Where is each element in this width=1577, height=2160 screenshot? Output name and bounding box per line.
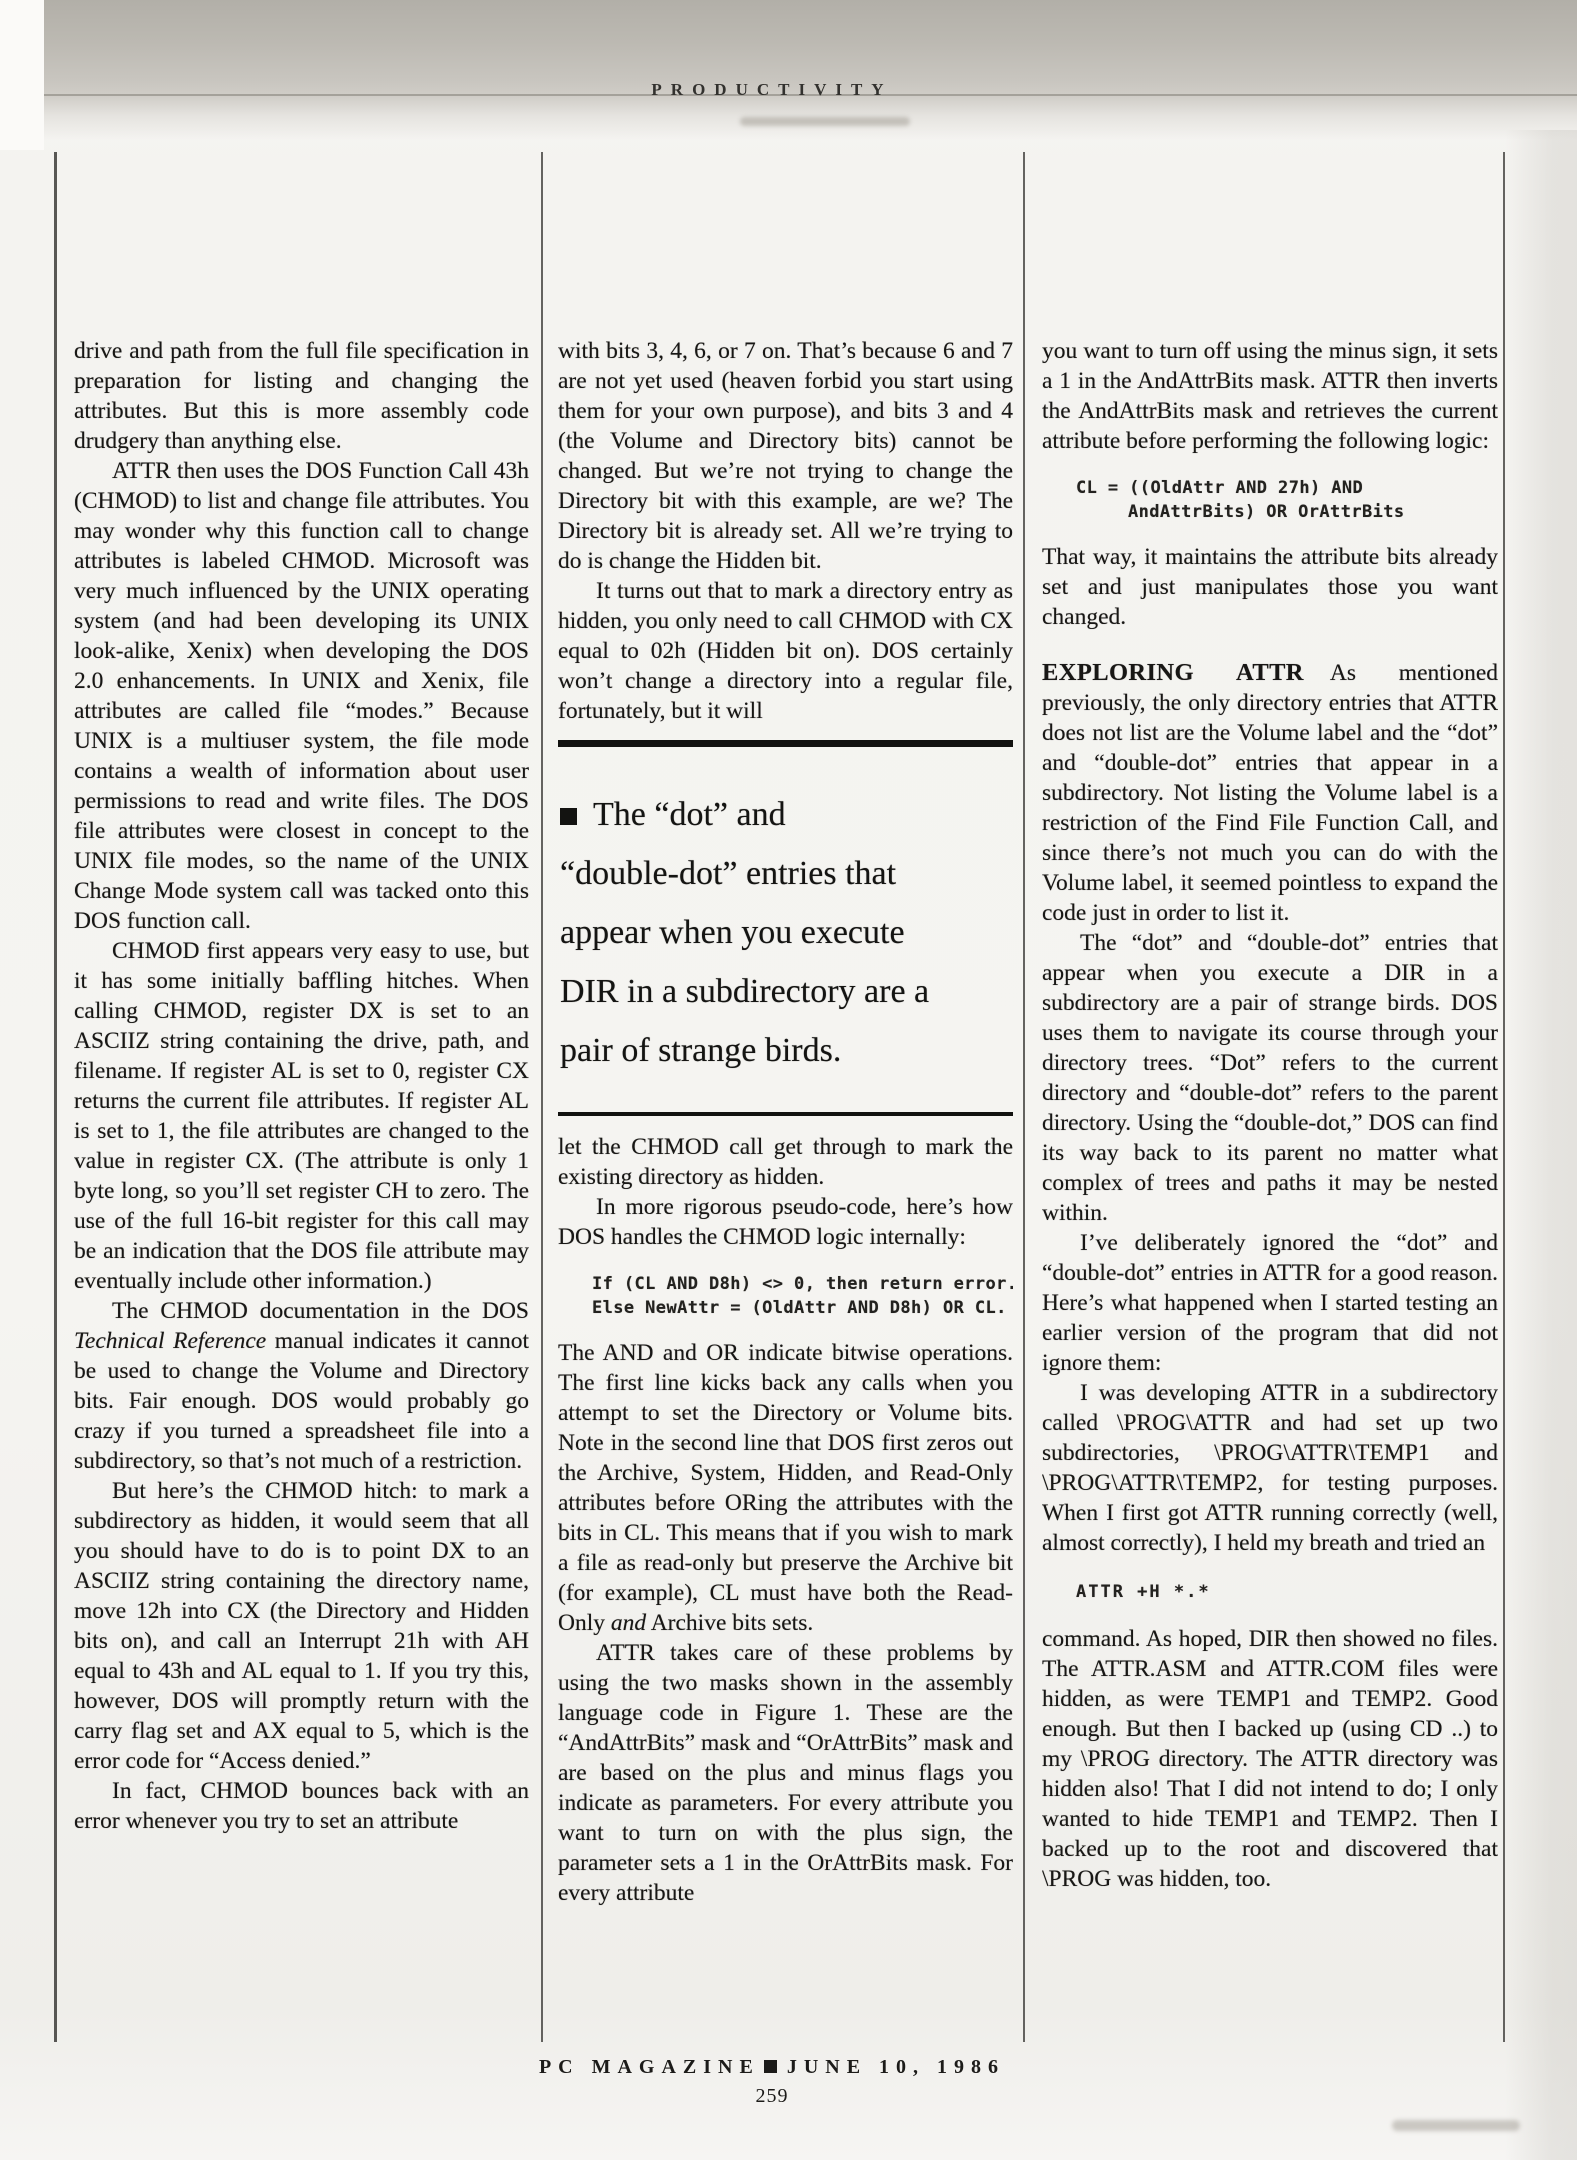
body-paragraph: ATTR takes care of these problems by usi…: [558, 1638, 1013, 1908]
body-paragraph: CHMOD first appears very easy to use, bu…: [74, 936, 529, 1296]
body-paragraph: you want to turn off using the minus sig…: [1042, 336, 1498, 456]
column-rule-1-2: [541, 152, 543, 2042]
body-paragraph: drive and path from the full file specif…: [74, 336, 529, 456]
pull-quote-text: The “dot” and: [593, 796, 786, 833]
pull-quote-line: The “dot” and: [560, 785, 1011, 844]
pull-quote-line: DIR in a subdirectory are a: [560, 962, 1011, 1021]
body-paragraph: ATTR then uses the DOS Function Call 43h…: [74, 456, 529, 936]
footer-separator-square-icon: [764, 2060, 777, 2073]
page-number: 259: [44, 2085, 1500, 2108]
paragraph-text: Archive bits sets.: [646, 1610, 813, 1636]
pull-quote-line: appear when you execute: [560, 903, 1011, 962]
body-paragraph: But here’s the CHMOD hitch: to mark a su…: [74, 1476, 529, 1776]
footer-magazine-name: PC MAGAZINE: [539, 2056, 760, 2078]
body-paragraph: I’ve deliberately ignored the “dot” and …: [1042, 1228, 1498, 1378]
pull-quote-line: pair of strange birds.: [560, 1021, 1011, 1080]
column-rule-left-edge: [54, 152, 57, 2042]
code-line: CL = ((OldAttr AND 27h) AND: [1076, 476, 1498, 500]
pull-quote-line: “double-dot” entries that: [560, 844, 1011, 903]
body-paragraph: I was developing ATTR in a subdirectory …: [1042, 1378, 1498, 1558]
italic-title-text: Technical Reference: [74, 1328, 266, 1354]
body-paragraph: In more rigorous pseudo-code, here’s how…: [558, 1192, 1013, 1252]
body-paragraph: with bits 3, 4, 6, or 7 on. That’s becau…: [558, 336, 1013, 576]
paragraph-text: The AND and OR indicate bitwise operatio…: [558, 1340, 1013, 1636]
italic-text: and: [611, 1610, 646, 1636]
column-rule-right-edge: [1503, 152, 1505, 2042]
body-paragraph: It turns out that to mark a directory en…: [558, 576, 1013, 726]
body-paragraph: In fact, CHMOD bounces back with an erro…: [74, 1776, 529, 1836]
pull-quote: The “dot” and “double-dot” entries that …: [558, 740, 1013, 1116]
square-bullet-icon: [560, 808, 577, 825]
body-paragraph: let the CHMOD call get through to mark t…: [558, 1132, 1013, 1192]
page-right-edge-shadow: [1505, 130, 1577, 2160]
page-footer: PC MAGAZINEJUNE 10, 1986 259: [44, 2056, 1500, 2108]
footer-issue-date: JUNE 10, 1986: [787, 2056, 1005, 2078]
body-paragraph: The CHMOD documentation in the DOS Techn…: [74, 1296, 529, 1476]
body-paragraph: EXPLORING ATTRAs mentioned previously, t…: [1042, 658, 1498, 928]
paragraph-text: The CHMOD documentation in the DOS: [112, 1298, 529, 1324]
code-line: If (CL AND D8h) <> 0, then return error.: [592, 1272, 1013, 1296]
column-right: you want to turn off using the minus sig…: [1042, 336, 1498, 2048]
column-left: drive and path from the full file specif…: [74, 336, 529, 2048]
code-block-chmod-pseudocode: If (CL AND D8h) <> 0, then return error.…: [558, 1272, 1013, 1320]
code-line: AndAttrBits) OR OrAttrBits: [1076, 500, 1498, 524]
body-paragraph: That way, it maintains the attribute bit…: [1042, 542, 1498, 632]
body-paragraph: The AND and OR indicate bitwise operatio…: [558, 1338, 1013, 1638]
scan-artifact-bottom: [1392, 2120, 1520, 2131]
column-middle: with bits 3, 4, 6, or 7 on. That’s becau…: [558, 336, 1013, 2048]
footer-line: PC MAGAZINEJUNE 10, 1986: [44, 2056, 1500, 2079]
code-block-attr-mask-logic: CL = ((OldAttr AND 27h) AND AndAttrBits)…: [1042, 476, 1498, 524]
column-rule-2-3: [1023, 152, 1025, 2042]
section-label: PRODUCTIVITY: [44, 80, 1500, 100]
body-paragraph: The “dot” and “double-dot” entries that …: [1042, 928, 1498, 1228]
page-left-margin: [0, 0, 44, 150]
code-line: ATTR +H *.*: [1076, 1580, 1498, 1604]
section-heading-exploring-attr: EXPLORING ATTR: [1042, 659, 1304, 686]
code-block-attr-command: ATTR +H *.*: [1042, 1580, 1498, 1604]
scan-artifact-header: [740, 117, 910, 126]
body-paragraph: command. As hoped, DIR then showed no fi…: [1042, 1624, 1498, 1894]
paragraph-text: As mentioned previously, the only direct…: [1042, 660, 1498, 926]
code-line: Else NewAttr = (OldAttr AND D8h) OR CL.: [592, 1296, 1013, 1320]
